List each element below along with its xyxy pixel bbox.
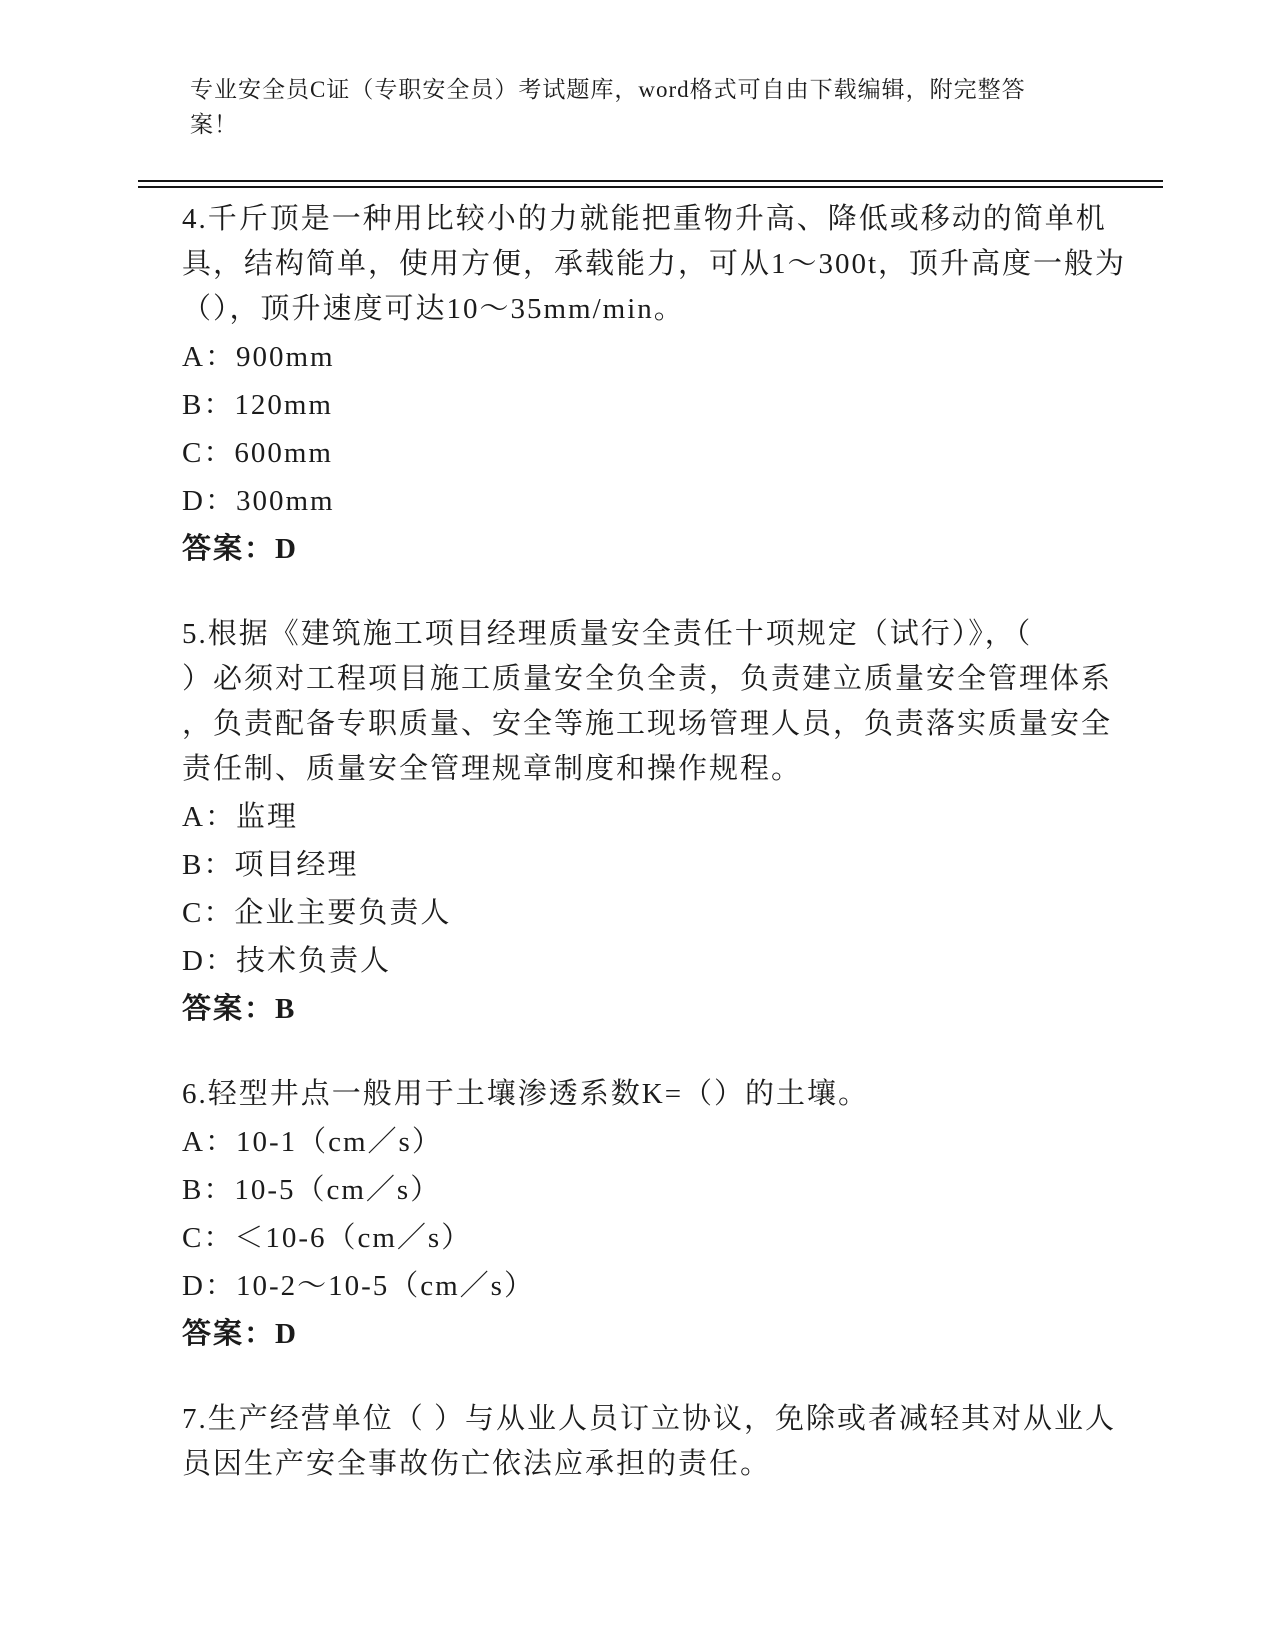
document-header: 专业安全员C证（专职安全员）考试题库，word格式可自由下载编辑，附完整答 案！ (190, 72, 1140, 142)
question-answer: 答案：D (182, 1312, 1157, 1357)
option-line: D：10-2～10-5（cm／s） (182, 1264, 1157, 1309)
question-text: 6.轻型井点一般用于土壤渗透系数K=（）的土壤。 (182, 1072, 1157, 1117)
option-line: B：10-5（cm／s） (182, 1168, 1157, 1213)
answer-line: 答案：B (182, 987, 1157, 1032)
question-text-line: 员因生产安全事故伤亡依法应承担的责任。 (182, 1442, 1157, 1487)
option-line: B：项目经理 (182, 843, 1157, 888)
header-text-line: 案！ (190, 107, 1140, 142)
question-text: 7.生产经营单位（ ）与从业人员订立协议，免除或者减轻其对从业人员因生产安全事故… (182, 1397, 1157, 1487)
question-answer: 答案：B (182, 987, 1157, 1032)
question-block: 5.根据《建筑施工项目经理质量安全责任十项规定（试行）》，（）必须对工程项目施工… (182, 612, 1157, 1032)
option-line: A：10-1（cm／s） (182, 1120, 1157, 1165)
question-block: 7.生产经营单位（ ）与从业人员订立协议，免除或者减轻其对从业人员因生产安全事故… (182, 1397, 1157, 1487)
question-options: A：10-1（cm／s）B：10-5（cm／s）C：＜10-6（cm／s）D：1… (182, 1120, 1157, 1309)
question-text-line: ）必须对工程项目施工质量安全负全责，负责建立质量安全管理体系 (182, 657, 1157, 702)
option-line: D：300mm (182, 479, 1157, 524)
header-divider-rule (138, 180, 1163, 188)
question-text-line: ，负责配备专职质量、安全等施工现场管理人员，负责落实质量安全 (182, 702, 1157, 747)
option-line: A：900mm (182, 335, 1157, 380)
header-text-line: 专业安全员C证（专职安全员）考试题库，word格式可自由下载编辑，附完整答 (190, 72, 1140, 107)
question-text: 5.根据《建筑施工项目经理质量安全责任十项规定（试行）》，（）必须对工程项目施工… (182, 612, 1157, 792)
question-answer: 答案：D (182, 527, 1157, 572)
option-line: C：＜10-6（cm／s） (182, 1216, 1157, 1261)
question-block: 4.千斤顶是一种用比较小的力就能把重物升高、降低或移动的简单机具，结构简单，使用… (182, 197, 1157, 572)
question-block: 6.轻型井点一般用于土壤渗透系数K=（）的土壤。 A：10-1（cm／s）B：1… (182, 1072, 1157, 1357)
option-line: C：600mm (182, 431, 1157, 476)
question-text-line: 6.轻型井点一般用于土壤渗透系数K=（）的土壤。 (182, 1072, 1157, 1117)
question-options: A：监理B：项目经理C：企业主要负责人D：技术负责人 (182, 795, 1157, 984)
answer-line: 答案：D (182, 527, 1157, 572)
question-text-line: 责任制、质量安全管理规章制度和操作规程。 (182, 747, 1157, 792)
question-text: 4.千斤顶是一种用比较小的力就能把重物升高、降低或移动的简单机具，结构简单，使用… (182, 197, 1157, 332)
question-text-line: 具，结构简单，使用方便，承载能力，可从1～300t，顶升高度一般为 (182, 242, 1157, 287)
question-text-line: 4.千斤顶是一种用比较小的力就能把重物升高、降低或移动的简单机 (182, 197, 1157, 242)
question-text-line: 7.生产经营单位（ ）与从业人员订立协议，免除或者减轻其对从业人 (182, 1397, 1157, 1442)
option-line: D：技术负责人 (182, 939, 1157, 984)
option-line: B：120mm (182, 383, 1157, 428)
question-options: A：900mmB：120mmC：600mmD：300mm (182, 335, 1157, 524)
questions-list: 4.千斤顶是一种用比较小的力就能把重物升高、降低或移动的简单机具，结构简单，使用… (182, 197, 1157, 1487)
exam-document-page: 专业安全员C证（专职安全员）考试题库，word格式可自由下载编辑，附完整答 案！… (0, 0, 1275, 1650)
question-text-line: 5.根据《建筑施工项目经理质量安全责任十项规定（试行）》，（ (182, 612, 1157, 657)
question-text-line: （），顶升速度可达10～35mm/min。 (182, 287, 1157, 332)
option-line: C：企业主要负责人 (182, 891, 1157, 936)
option-line: A：监理 (182, 795, 1157, 840)
answer-line: 答案：D (182, 1312, 1157, 1357)
